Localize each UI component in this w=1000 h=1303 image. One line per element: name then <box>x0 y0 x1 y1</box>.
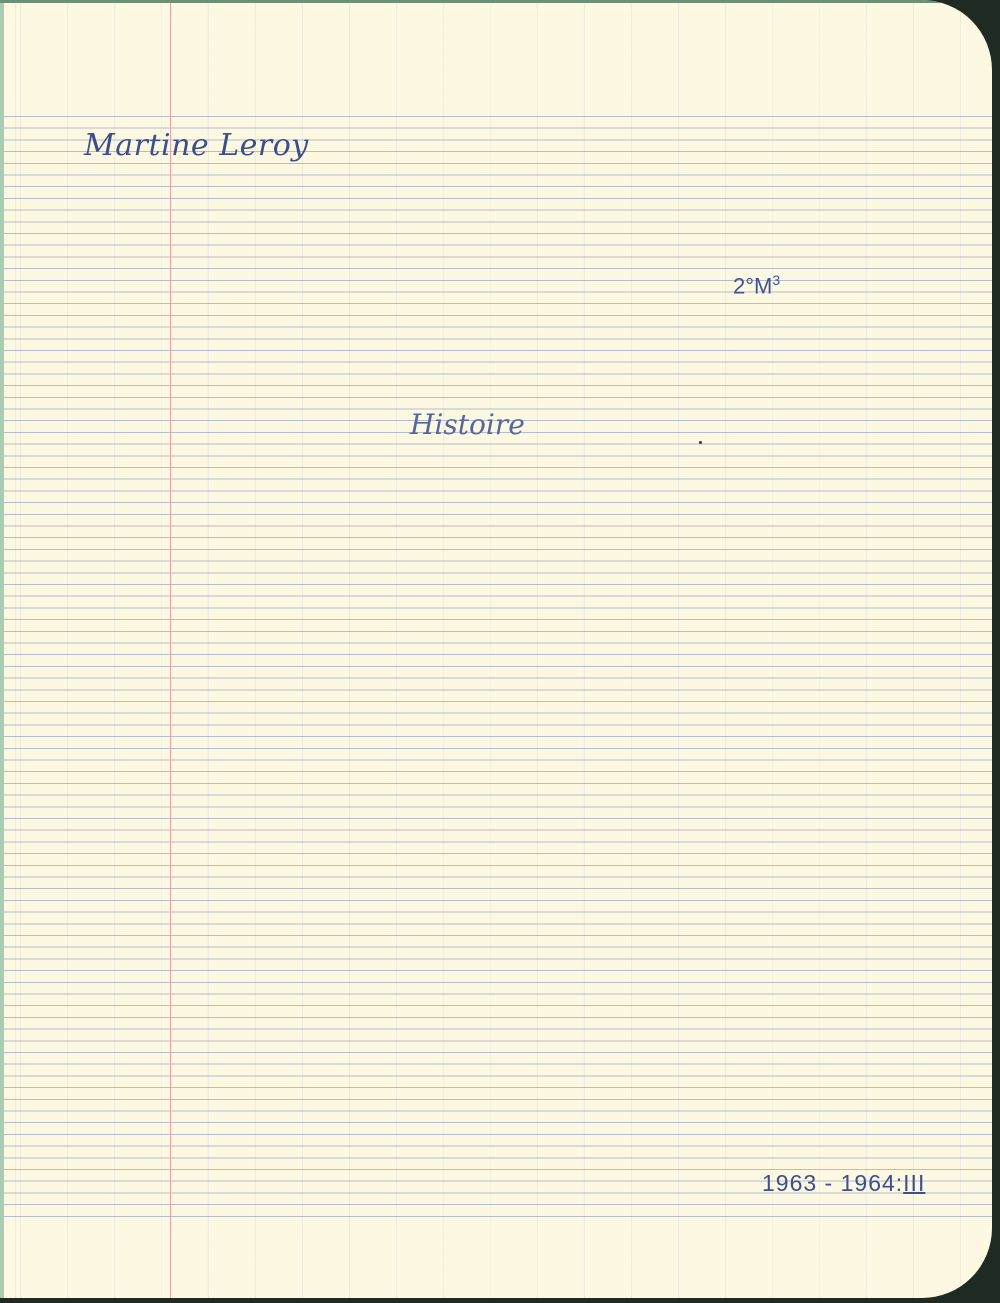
year-range: 1963 - 1964 <box>762 1170 896 1196</box>
ruled-lines <box>0 116 992 1218</box>
school-year: 1963 - 1964:III <box>762 1170 925 1197</box>
ink-dot <box>699 441 702 444</box>
red-margin-line <box>170 0 171 1298</box>
binding-edge <box>0 0 4 1298</box>
class-text: 2°M <box>733 273 772 298</box>
top-edge <box>0 0 992 3</box>
notebook-page: Martine Leroy 2°M3 Histoire 1963 - 1964:… <box>0 0 992 1298</box>
class-superscript: 3 <box>772 272 780 288</box>
student-name: Martine Leroy <box>84 128 309 163</box>
class-label: 2°M3 <box>733 272 780 299</box>
subject-title: Histoire <box>410 408 525 441</box>
volume-number: III <box>903 1170 925 1196</box>
